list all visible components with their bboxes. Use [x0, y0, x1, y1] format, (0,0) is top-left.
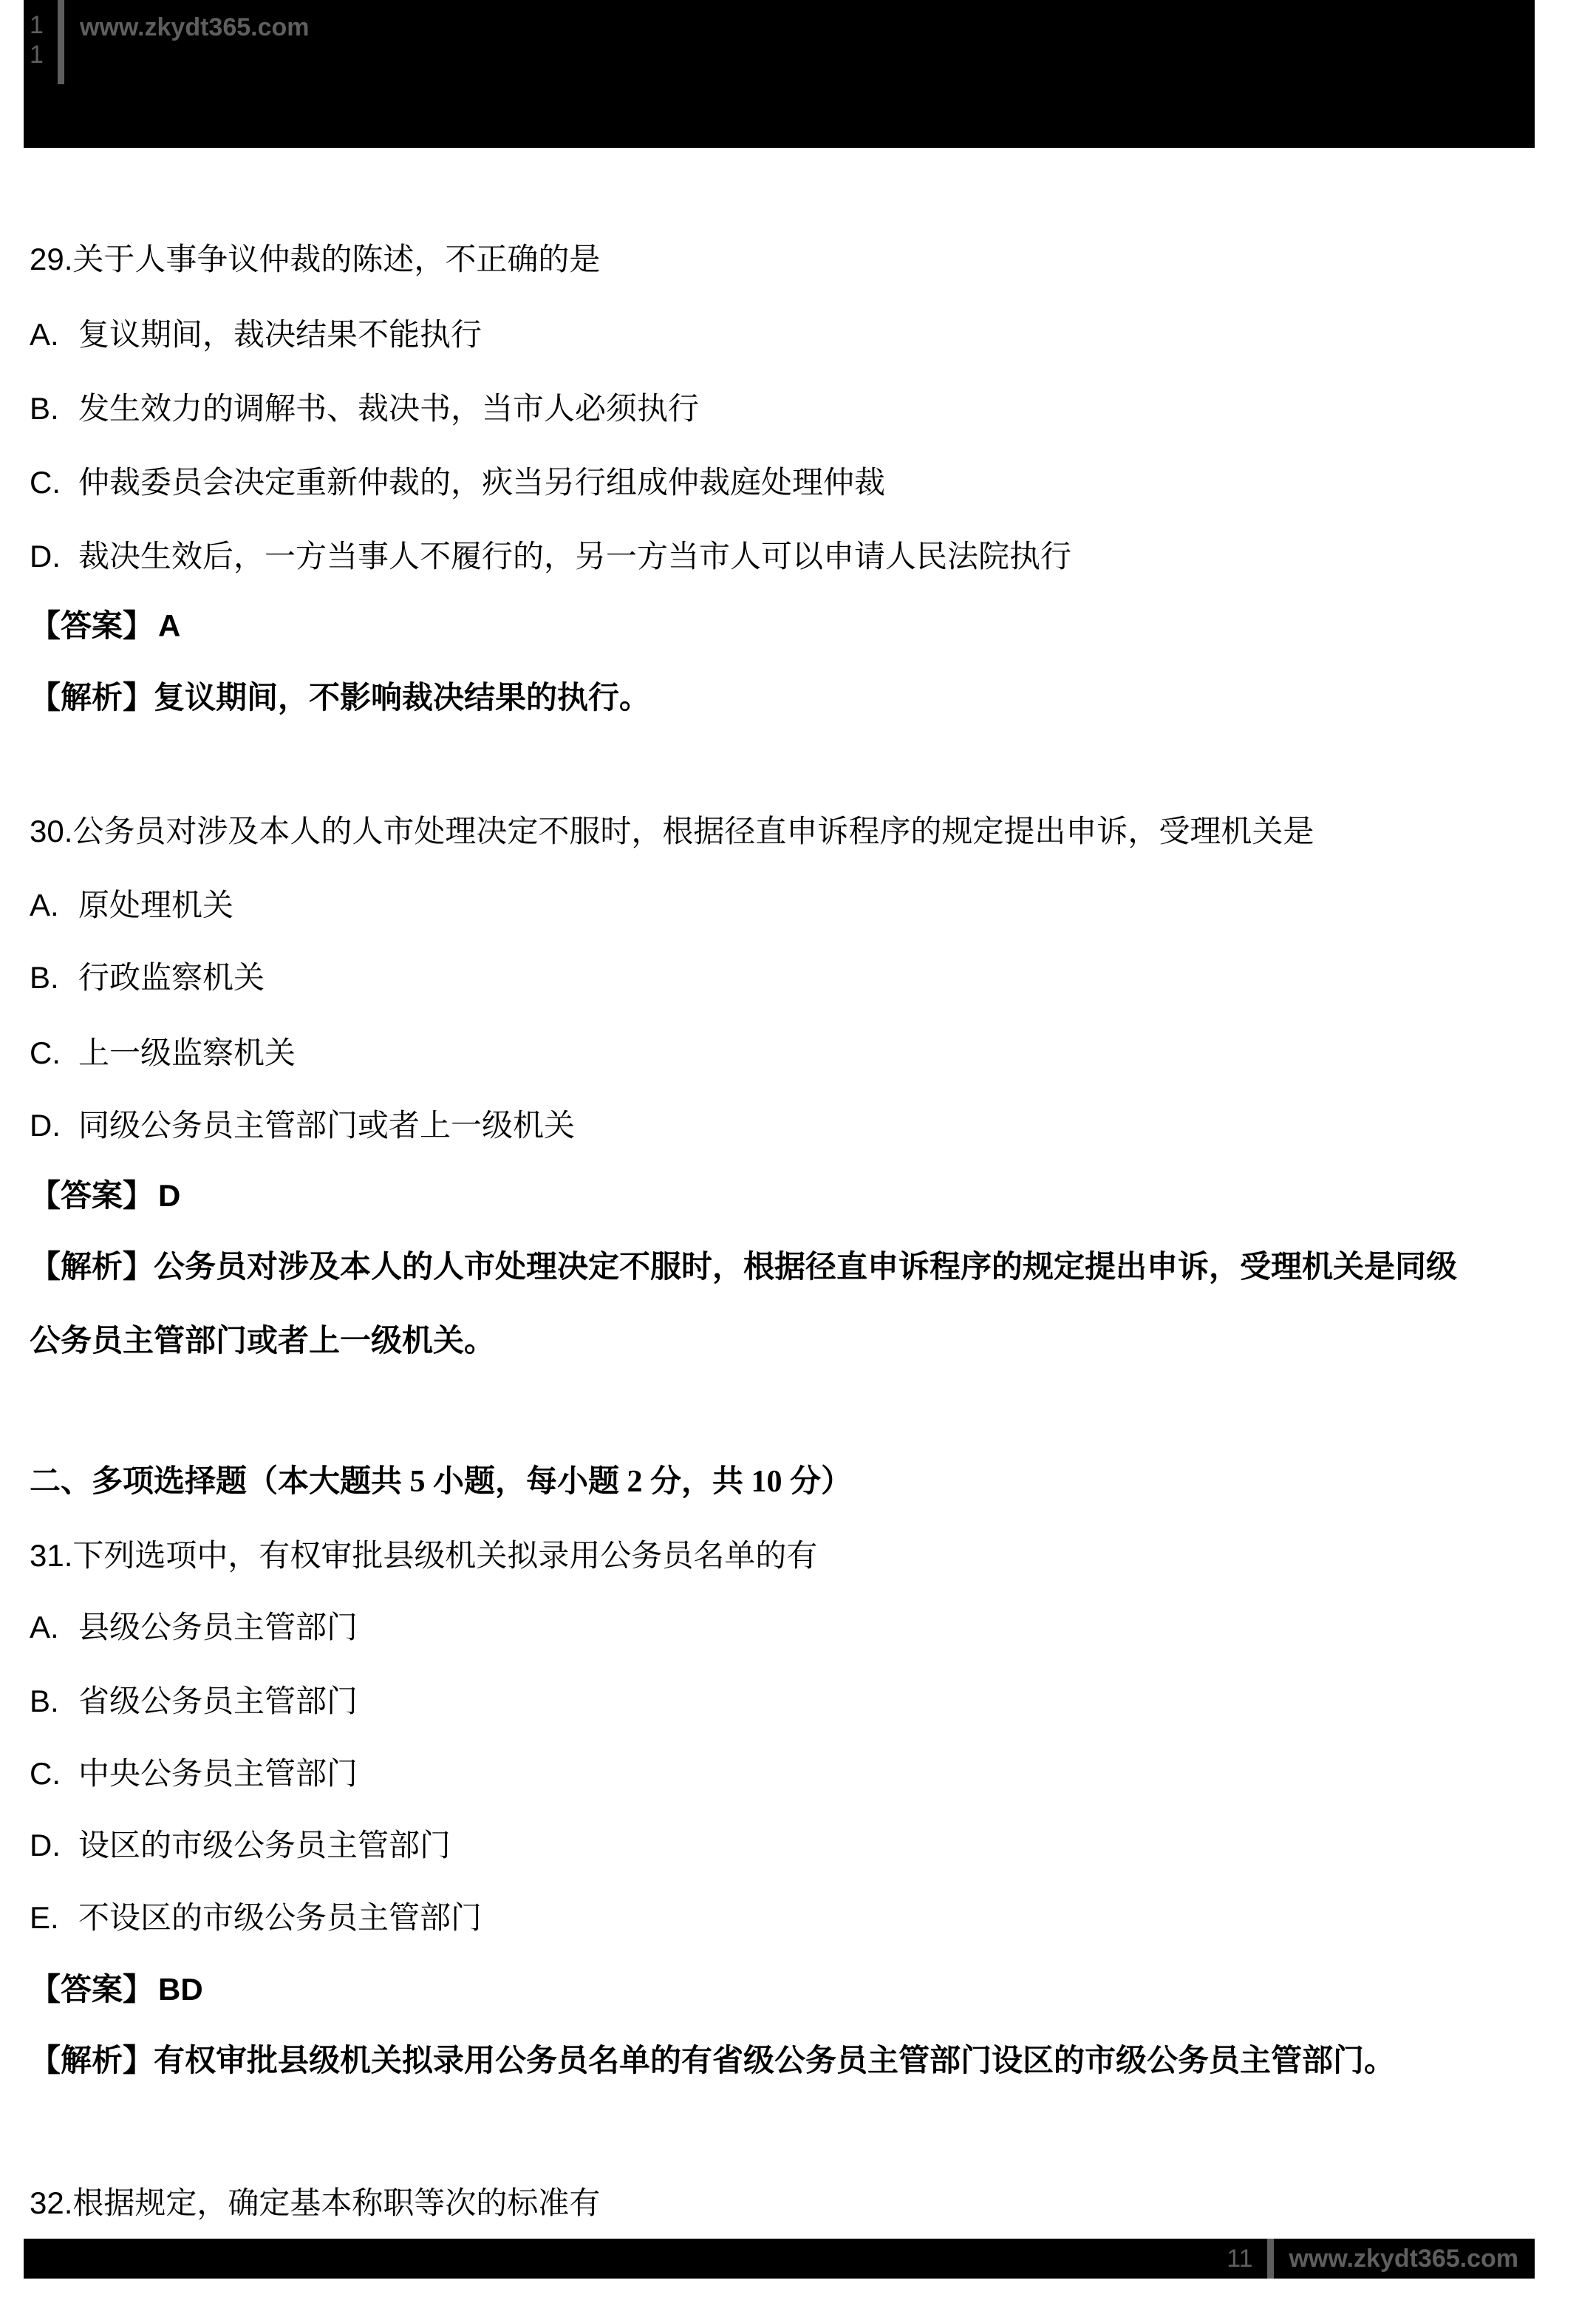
option-text: 不设区的市级公务员主管部门 [78, 1902, 482, 1936]
option-label: B. [30, 1683, 65, 1720]
option-row: A.复议期间，裁决结果不能执行 [30, 316, 482, 354]
answer-value: BD [158, 1972, 203, 2007]
question-32-title: 32.根据规定，确定基本称职等次的标准有 [30, 2185, 600, 2222]
header-divider [58, 0, 64, 84]
option-label: A. [30, 887, 65, 924]
option-text: 复议期间，裁决结果不能执行 [78, 319, 482, 353]
header-page-number: 1 1 [30, 10, 44, 69]
option-label: A. [30, 316, 65, 353]
analysis-line: 【解析】公务员对涉及本人的人市处理决定不服时，根据径直申诉程序的规定提出申诉，受… [30, 1249, 1457, 1286]
question-31-title: 31.下列选项中，有权审批县级机关拟录用公务员名单的有 [30, 1537, 817, 1575]
analysis-text: 复议期间，不影响裁决结果的执行。 [154, 681, 650, 715]
question-number: 30. [30, 814, 72, 848]
answer-label: 【答案】 [30, 610, 154, 644]
question-text: 关于人事争议仲裁的陈述，不正确的是 [72, 243, 600, 277]
option-label: E. [30, 1899, 65, 1936]
option-text: 省级公务员主管部门 [78, 1685, 358, 1719]
answer-line: 【答案】A [30, 608, 180, 645]
answer-label: 【答案】 [30, 1180, 154, 1214]
option-row: A.原处理机关 [30, 887, 233, 925]
question-number: 29. [30, 242, 72, 276]
option-row: C.仲裁委员会决定重新仲裁的，疢当另行组成仲裁庭处理仲裁 [30, 464, 885, 502]
header-bar: 1 1 www.zkydt365.com [24, 0, 1535, 148]
option-text: 县级公务员主管部门 [78, 1611, 358, 1645]
question-30-title: 30.公务员对涉及本人的人市处理决定不服时，根据径直申诉程序的规定提出申诉，受理… [30, 813, 1314, 851]
analysis-text: 公务员主管部门或者上一级机关。 [30, 1324, 495, 1358]
analysis-line: 【解析】复议期间，不影响裁决结果的执行。 [30, 680, 650, 717]
option-row: C.中央公务员主管部门 [30, 1755, 358, 1793]
option-label: D. [30, 538, 65, 575]
question-29-title: 29.关于人事争议仲裁的陈述，不正确的是 [30, 241, 600, 279]
option-row: B.行政监察机关 [30, 959, 265, 997]
option-row: D.裁决生效后，一方当事人不履行的，另一方当市人可以申请人民法院执行 [30, 538, 1071, 576]
option-text: 行政监察机关 [78, 962, 265, 996]
option-label: A. [30, 1609, 65, 1646]
analysis-label: 【解析】 [30, 2044, 154, 2078]
option-text: 上一级监察机关 [78, 1037, 296, 1071]
option-text: 裁决生效后，一方当事人不履行的，另一方当市人可以申请人民法院执行 [78, 540, 1071, 574]
option-text: 设区的市级公务员主管部门 [78, 1829, 451, 1863]
option-label: D. [30, 1107, 65, 1144]
option-label: D. [30, 1827, 65, 1864]
answer-line: 【答案】BD [30, 1971, 203, 2009]
option-row: B.省级公务员主管部门 [30, 1683, 358, 1721]
analysis-text: 公务员对涉及本人的人市处理决定不服时，根据径直申诉程序的规定提出申诉，受理机关是… [154, 1251, 1457, 1285]
option-text: 发生效力的调解书、裁决书，当市人必须执行 [78, 392, 699, 426]
question-text: 根据规定，确定基本称职等次的标准有 [72, 2187, 600, 2221]
option-row: B.发生效力的调解书、裁决书，当市人必须执行 [30, 390, 699, 428]
analysis-label: 【解析】 [30, 681, 154, 715]
option-label: C. [30, 464, 65, 501]
question-text: 下列选项中，有权审批县级机关拟录用公务员名单的有 [72, 1539, 817, 1573]
option-label: C. [30, 1035, 65, 1072]
option-row: D.同级公务员主管部门或者上一级机关 [30, 1107, 575, 1145]
analysis-text: 有权审批县级机关拟录用公务员名单的有省级公务员主管部门设区的市级公务员主管部门。 [154, 2044, 1395, 2078]
question-number: 31. [30, 1538, 72, 1573]
question-number: 32. [30, 2185, 72, 2220]
footer-site-url: www.zkydt365.com [1289, 2246, 1518, 2271]
option-row: A.县级公务员主管部门 [30, 1609, 358, 1647]
option-row: E.不设区的市级公务员主管部门 [30, 1899, 482, 1937]
answer-value: D [158, 1178, 180, 1213]
option-text: 中央公务员主管部门 [78, 1758, 358, 1792]
option-text: 仲裁委员会决定重新仲裁的，疢当另行组成仲裁庭处理仲裁 [78, 466, 885, 500]
option-label: B. [30, 959, 65, 996]
option-text: 同级公务员主管部门或者上一级机关 [78, 1109, 575, 1143]
analysis-label: 【解析】 [30, 1251, 154, 1285]
answer-label: 【答案】 [30, 1973, 154, 2007]
analysis-line: 【解析】有权审批县级机关拟录用公务员名单的有省级公务员主管部门设区的市级公务员主… [30, 2043, 1395, 2080]
answer-value: A [158, 608, 180, 643]
footer-divider [1267, 2239, 1274, 2279]
option-label: C. [30, 1755, 65, 1792]
header-site-url: www.zkydt365.com [80, 15, 310, 40]
document-page: 1 1 www.zkydt365.com 29.关于人事争议仲裁的陈述，不正确的… [0, 0, 1596, 2317]
option-row: C.上一级监察机关 [30, 1035, 296, 1072]
option-text: 原处理机关 [78, 889, 233, 923]
answer-line: 【答案】D [30, 1177, 180, 1215]
footer-bar: 11 www.zkydt365.com [24, 2239, 1535, 2279]
question-text: 公务员对涉及本人的人市处理决定不服时，根据径直申诉程序的规定提出申诉，受理机关是 [72, 815, 1314, 849]
analysis-line-continued: 公务员主管部门或者上一级机关。 [30, 1323, 495, 1360]
section-heading: 二、多项选择题（本大题共 5 小题，每小题 2 分，共 10 分） [30, 1463, 852, 1500]
option-label: B. [30, 390, 65, 427]
option-row: D.设区的市级公务员主管部门 [30, 1827, 451, 1865]
footer-page-number: 11 [1227, 2246, 1252, 2271]
